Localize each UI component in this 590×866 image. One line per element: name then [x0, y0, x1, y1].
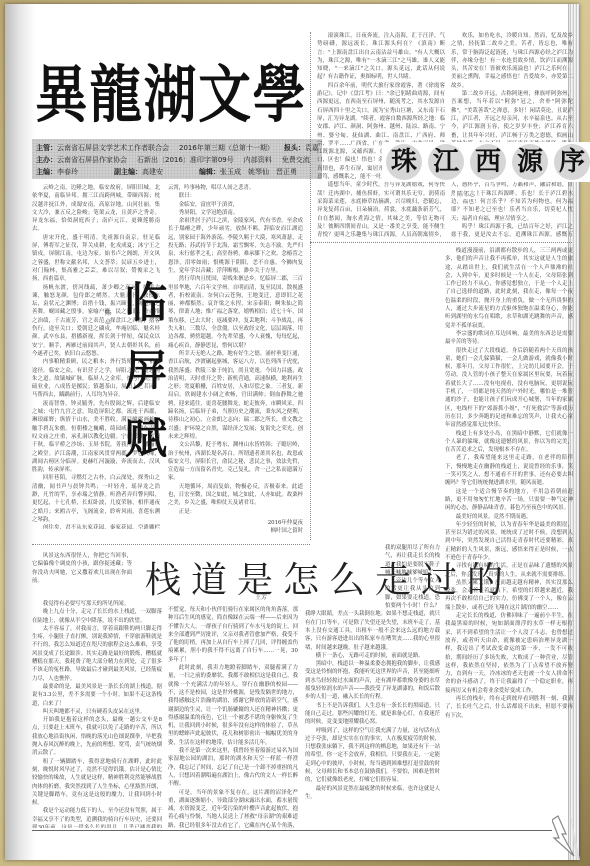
- paragraph: 栈道漫漫前，沿湖都有散步的人，三三两两或更多，他们的声音让我不再孤单，其实这就是…: [445, 247, 573, 330]
- paragraph: 金临安，富庶甲于滇省，: [168, 201, 303, 209]
- paragraph: 栈道上有多处小岛，在黑暗中静默，它们就像一个人暴的躲缘，就像这遗憾的风景，你以为…: [445, 430, 573, 455]
- paragraph: 欢乐，如鱼吃水，冷暖自知。然而，忆及故乡之情，轻抚第二故乡之美，苦者，皆忘也，唯…: [451, 32, 573, 90]
- paragraph: 太不容易了。对我而言，穿着高跟鞋的两只脚走得生疼，小腿肚子直打颤，别说我矫情，不…: [32, 625, 162, 683]
- linping-title: 临屏赋: [123, 269, 169, 473]
- title-char: 源: [512, 144, 548, 180]
- paragraph: 李宗盛的歌词在耳边回响，最美的东西总是需要最辛苦的等待。: [445, 330, 573, 347]
- paragraph: 此时此刻，我卖力地蹬着脚踏车，双腿蓄满了力量，一扫之前的委靡状，我都不敢相信这是…: [168, 664, 298, 747]
- paragraph: 再长的栈步，终有走到彼岸看到胜利一刻，我到了，长长吐气之后，什么话都说不出来，但…: [445, 695, 573, 720]
- zhandao-intro: 风景这东西很怪人，你把它当回事，它偏偏像个调皮的小孩，跟你捉迷藏；等你没功夫叫她…: [32, 552, 132, 597]
- zhandao-author: 王芳: [255, 592, 267, 601]
- paragraph: 租了一辆脚踏车，我得意地骑行在湖畔，此时此刻，晚悦时风早过了，竟然不觉得饥饿，估…: [32, 758, 162, 808]
- label-chief-editor: 主编：: [36, 168, 57, 176]
- paragraph: 开始我是抱着这样的念头，最晚一趟公交车是8点，只要赶上末班车，我就可以免了走路的…: [32, 716, 162, 757]
- label-editors: 编辑：: [199, 168, 220, 176]
- chief-editor: 李春玲: [57, 168, 78, 176]
- linping-column-2: 云霄，吟事咏物，唱尽人间之悲喜。 联曰： 金临安，富庶甲于滇省， 秀屏阳，文学冠…: [168, 184, 303, 514]
- issue-number: 2016年第三期（总第十一期）: [179, 144, 274, 152]
- paragraph: 叫天叫地都不灵，只有硬着头皮呆在这里。: [32, 708, 162, 716]
- zhujiang-title: 珠 江 西 源 序: [382, 142, 590, 182]
- zhandao-column-1: 我觉得有必要写写那天的所见所闻。 晚上九点十分，走完了长长的水上栈道，一双脚落在…: [32, 600, 162, 828]
- paragraph: 呜乎！珠江西源于我，已结百年之好，泸江之慈于我，更是汝去不忘，追溯珠江西源，感慨…: [451, 223, 573, 237]
- zhujiang-author: 陈邻志: [455, 188, 477, 199]
- paragraph: 云岭之南，边陲之地，临安故府，屏阳旧城。北依华夏，南临异邦。拥三江而跨两城，带颐…: [32, 184, 160, 234]
- title-char: 江: [428, 144, 464, 180]
- paragraph: 我觉得有必要写写那天的所见所闻。: [32, 600, 162, 608]
- paragraph: 创往矣，君不从东家花园，秦家花园，空遗雕栏玉砌，遮尽几多繁华；陈氏宗祠，郑氏宗祠…: [32, 524, 160, 529]
- paragraph: 可是，当年的景象不复存在，这片湖的沼泽化严重，湖面逐渐缩小，导致部分湖床露出水面…: [168, 789, 298, 828]
- info-row-2: 主办：云南省石屏县作家协会石新出〔2016〕准印字第09号内部资料免费交流: [36, 154, 318, 166]
- paragraph: 秀屏阳，文学冠绝滇南。: [168, 209, 303, 217]
- label-deputy-editor: 副主编：: [114, 168, 142, 176]
- paragraph: 不慌觉，每天和小伙伴们骑行在家属区的角角落落，那种耳后生风的感觉，简直像踩在云端…: [168, 606, 298, 664]
- host: 云南省石屏县作家协会: [57, 156, 127, 164]
- paragraph: 余祖世居于泸江之滨，金陵家风，代有书香。至余成长于塌瘠之畔，少年顽劣，放纵不羁。…: [168, 217, 303, 275]
- editors: 张玉成 姚琴仙 晋正勇: [220, 168, 297, 176]
- section-divider: [310, 242, 572, 243]
- paragraph: 书上不是告诉我们，人生总有一条长长的黑暗道，只能自己走过，那些闪耀的灯光，就是准…: [305, 702, 440, 727]
- paragraph: 呼吸到了，这样的空气让我充满了力量，这句话有点过于夸张，却是实实在在的事实，人在…: [305, 727, 440, 785]
- linping-signoff: 2016年仲夏夜 枫叶国之留时: [205, 519, 303, 536]
- zhandao-column-4: 栈道漫漫前，沿湖都有散步的人，三三两两或更多，他们的声音让我不再孤单，其实这就是…: [445, 247, 573, 827]
- paragraph: 滚滚珠江，日夜奔流，注入南海，汇于汪洋，气势磅礴，源远流长。珠江源头何在？《滇南…: [317, 32, 445, 82]
- paragraph: 晚上九点十分，走完了长长的水上栈道，一双脚落在陆地上，就像从半空中降落，说不出的…: [32, 608, 162, 625]
- publication-info-box: 主管：云南省石屏县文学艺术工作者联合会2016年第三期（总第十一期）报头：袁嘉谷…: [32, 139, 322, 179]
- title-char: 珠: [386, 144, 422, 180]
- zhujiang-column-2: 欢乐，如鱼吃水，冷暖自知。然而，忆及故乡之情，轻抚第二故乡之美，苦者，皆忘也，唯…: [451, 32, 573, 237]
- paragraph: 虽然又累又饿，反而越走越有精神，其实没那么夸张，会走着走着就趴下，希望的灯塔越来…: [445, 579, 573, 612]
- signoff-place: 枫叶国之留时: [205, 527, 303, 535]
- paragraph: 最好的风景竟然在最疲惫的时候来临，也许这就是人生。: [305, 785, 440, 802]
- info-row-3: 主编：李春玲副主编：高建安编辑：张玉成 姚琴仙 晋正勇: [36, 166, 318, 178]
- column-divider: [310, 32, 311, 540]
- info-row-1: 主管：云南省石屏县文学艺术工作者联合会2016年第三期（总第十一期）报头：袁嘉谷…: [36, 142, 318, 154]
- page-gutter-shadow: [5, 4, 35, 860]
- paragraph: 寻找有滋有味的生活，正是在品味了遗憾的风景之后，你会发现，真实的人生，从来就不需…: [445, 562, 573, 579]
- masthead-title: 異龍湖文學: [35, 54, 269, 136]
- label-host: 主办：: [36, 156, 57, 164]
- newspaper-page: 異龍湖文學 主管：云南省石屏县文学艺术工作者联合会2016年第三期（总第十一期）…: [5, 4, 579, 860]
- paragraph: 走完长长的栈道，仿佛回味了一遍前小半生，在我最黑暗的时候，宛如湖面漂浮的水草一样…: [445, 612, 573, 695]
- sponsor: 云南省石屏县文学艺术工作者联合会: [57, 144, 169, 152]
- paragraph: 黑暗中，栈道以一种温柔姿态拥抱我的脚步，让我感受这是怜悯的怀抱，我能听见这世界的…: [305, 660, 440, 701]
- deputy-editor: 高建安: [142, 168, 163, 176]
- title-char: 序: [554, 144, 590, 180]
- linping-author: 陈卓: [105, 309, 113, 327]
- paragraph: 横下一条心，无路可走的时候，前面就是路。: [305, 652, 440, 660]
- paragraph: 文公昌黎，贬于粤东，渊州山水皆姓韩；子瞻居岭，治于杭州，西湖长堤名苏白。所谓遗者…: [168, 441, 303, 482]
- label-sponsor: 主管：: [36, 144, 57, 152]
- paragraph: 这是一个适合慢节奏的地方，不用急着朝前赶路，更不用匆匆忙忙地辛苦一场，只需要一种…: [445, 488, 573, 513]
- signoff-date: 2016年仲夏夜: [205, 519, 303, 527]
- page-turn-arrow-icon[interactable]: [552, 812, 580, 860]
- paragraph: 然行草肉且恍国，寄贱朱骸忌乡。忆临屏二郡，三百里景华地，六百年文学州。自明而清，…: [168, 275, 303, 350]
- paragraph: 年少轻狂的时候，以为青春年华是最美的朝崖，甚至以为错过的风景，统统成了过时不候，…: [445, 521, 573, 562]
- paragraph: 正是：: [168, 508, 303, 514]
- internal-note: 内部资料: [244, 156, 272, 164]
- paragraph: 云霄，吟事咏物，唱尽人间之悲喜。: [168, 184, 303, 192]
- paragraph: 我是个运动能力低下的人，至今还没有驾照，属于幸福又享不了的类型，追溯我的骑自行车…: [32, 807, 162, 828]
- label-masthead-calligraphy: 报头：: [284, 144, 305, 152]
- title-char: 西: [470, 144, 506, 180]
- paragraph: 很快走过了大段栈道，身后蔚随着两个天真的孩童，她们一会儿躲猫猫，一会儿做游戏，就…: [445, 347, 573, 430]
- paragraph: 老了，我希望能来这里走走路，在老伴的陪伴下，慢慢地走在幽静的栈道上，说说曾经的乐…: [445, 454, 573, 487]
- paragraph: 最要命的是，最美风景是一条长长的湖上栈道，据说有3.3公里，差不多需要一个小时。…: [32, 683, 162, 708]
- free-note: 免费交流: [282, 156, 310, 164]
- paragraph: 天地循环，周而复始，物极必反，否极泰来。此道也，日宏至微，国之如此，城之如此，人…: [168, 483, 303, 508]
- paragraph: 风景这东西很怪人，你把它当回事，它偏偏像个调皮的小孩，跟你捉迷藏；等你没功夫叫她…: [32, 552, 132, 585]
- permit-number: 石新出〔2016〕准印字第09号: [137, 156, 234, 164]
- paragraph: 联曰：: [168, 192, 303, 200]
- zhandao-column-2: 不慌觉，每天和小伙伴们骑行在家属区的角角落落，那种耳后生风的感觉，简直像踩在云端…: [168, 606, 298, 828]
- paragraph: 遥想当年，童少时代，吾与异龙湖嬉戏，何等快哉！迁冉湖中，捕鱼捞虾，实可谓其乐无穷…: [317, 181, 445, 237]
- paragraph: 最美好的风景，竟然不期而遇。: [445, 513, 573, 521]
- bottom-rule: [32, 830, 552, 831]
- paragraph: 回肝巷陌，寻燃灯之古朴，白云深处，探秀山之清幽，闻书声与晨钟共鸣；一叶轻舟，瑶异…: [32, 474, 160, 524]
- zhandao-column-3: 我的双腿用尽了所有力气，再让我走长长的栈道，我怕是要脱下鞋子喊天喊地喊爹喊娘了。…: [305, 544, 440, 828]
- zhujiang-column-1: 滚滚珠江，日夜奔流，注入南海，汇于汪洋，气势磅礴，源远流长。珠江源头何在？《滇南…: [317, 32, 445, 237]
- paragraph: 我不是第一次来这里，我曾经坐着船游过易名为国家湿地公园的湖泊，那时的湖水和天空一…: [168, 747, 298, 788]
- section-divider: [32, 544, 310, 545]
- paragraph: 所幸天无绝人之路，地有好生之德。涌村垂变巨通，香江启航，沙渡碾起驱城，客运八方，…: [168, 350, 303, 441]
